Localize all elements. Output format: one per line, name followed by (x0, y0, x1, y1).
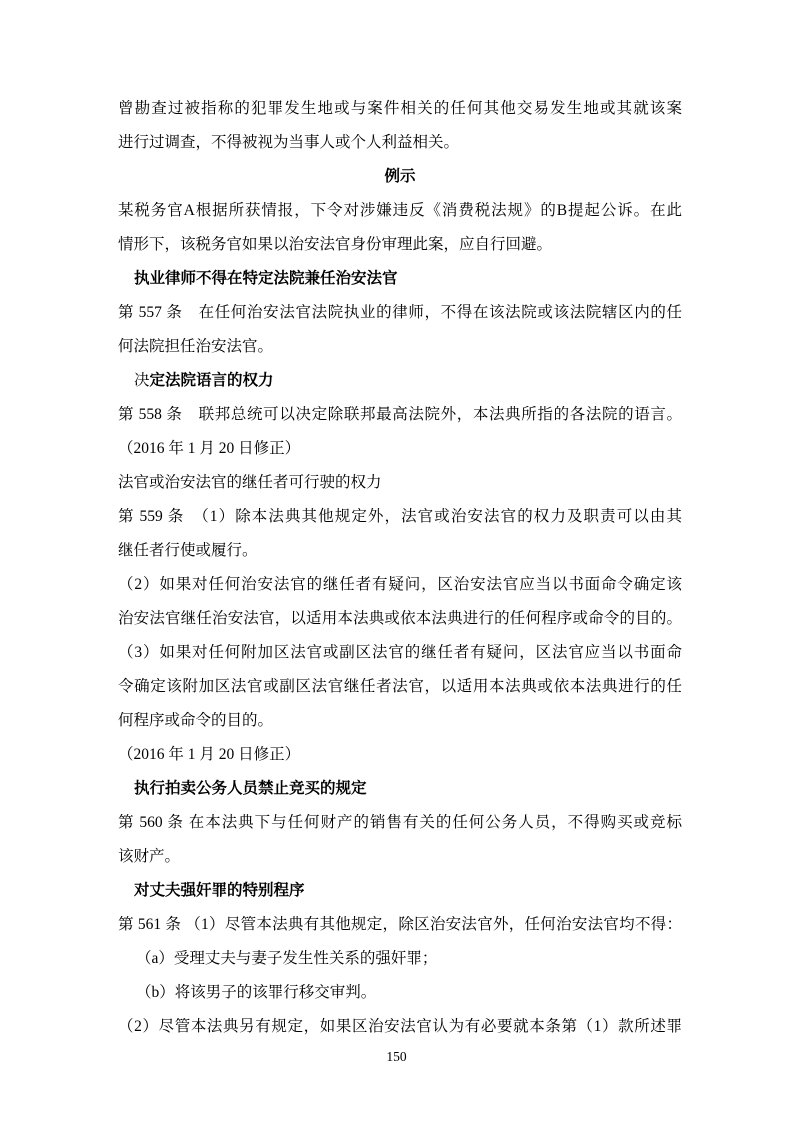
body-line: 第 561 条 （1）尽管本法典有其他规定，除区治安法官外，任何治安法官均不得： (118, 908, 682, 942)
body-line: 情形下，该税务官如果以治安法官身份审理此案，应自行回避。 (118, 228, 682, 262)
document-body: 曾勘查过被指称的犯罪发生地或与案件相关的任何其他交易发生地或其就该案进行过调查，… (118, 92, 682, 1044)
body-line: 第 560 条 在本法典下与任何财产的销售有关的任何公务人员，不得购买或竞标 (118, 806, 682, 840)
document-page: 曾勘查过被指称的犯罪发生地或与案件相关的任何其他交易发生地或其就该案进行过调查，… (0, 0, 793, 1122)
body-line: （2016 年 1 月 20 日修正） (118, 738, 682, 772)
body-line: 该财产。 (118, 840, 682, 874)
section-heading: 执业律师不得在特定法院兼任治安法官 (118, 262, 682, 296)
list-item-line: （a）受理丈夫与妻子发生性关系的强奸罪； (118, 942, 682, 976)
body-line: 第 559 条 （1）除本法典其他规定外，法官或治安法官的权力及职责可以由其 (118, 500, 682, 534)
page-number: 150 (0, 1046, 793, 1068)
body-line: 继任者行使或履行。 (118, 534, 682, 568)
body-line: 第 557 条 在任何治安法官法院执业的律师，不得在该法院或该法院辖区内的任 (118, 296, 682, 330)
body-line: 何程序或命令的目的。 (118, 704, 682, 738)
body-line: 法官或治安法官的继任者可行驶的权力 (118, 466, 682, 500)
body-line: （3）如果对任何附加区法官或副区法官的继任者有疑问，区法官应当以书面命 (118, 636, 682, 670)
body-line: 令确定该附加区法官或副区法官继任者法官，以适用本法典或依本法典进行的任 (118, 670, 682, 704)
body-line: 第 558 条 联邦总统可以决定除联邦最高法院外，本法典所指的各法院的语言。 (118, 398, 682, 432)
body-line: （2016 年 1 月 20 日修正） (118, 432, 682, 466)
body-line: 某税务官A根据所获情报，下令对涉嫌违反《消费税法规》的B提起公诉。在此 (118, 194, 682, 228)
section-heading: 执行拍卖公务人员禁止竞买的规定 (118, 772, 682, 806)
section-heading: 对丈夫强奸罪的特别程序 (118, 874, 682, 908)
body-line: 治安法官继任治安法官，以适用本法典或依本法典进行的任何程序或命令的目的。 (118, 602, 682, 636)
heading-lead-character: 决 (134, 372, 150, 389)
body-line: （2）如果对任何治安法官的继任者有疑问，区治安法官应当以书面命令确定该 (118, 568, 682, 602)
body-line: 进行过调查，不得被视为当事人或个人利益相关。 (118, 126, 682, 160)
body-line: 何法院担任治安法官。 (118, 330, 682, 364)
body-line: 曾勘查过被指称的犯罪发生地或与案件相关的任何其他交易发生地或其就该案 (118, 92, 682, 126)
list-item-line: （b）将该男子的该罪行移交审判。 (118, 976, 682, 1010)
example-heading: 例示 (118, 160, 682, 194)
body-line: （2）尽管本法典另有规定，如果区治安法官认为有必要就本条第（1）款所述罪 (118, 1010, 682, 1044)
section-heading: 决定法院语言的权力 (118, 364, 682, 398)
